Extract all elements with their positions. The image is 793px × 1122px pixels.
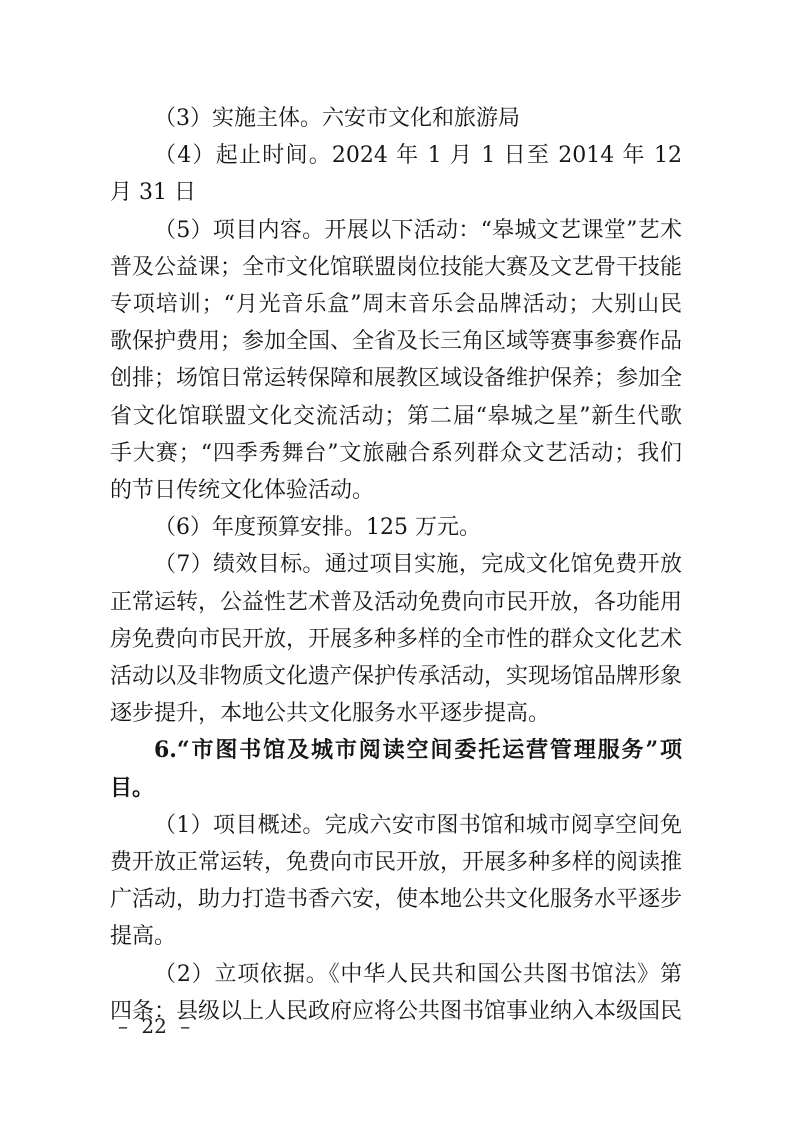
paragraph-item-5-project-content: （5）项目内容。开展以下活动：“皋城文艺课堂”艺术普及公益课；全市文化馆联盟岗位… (110, 212, 682, 510)
paragraph-item-1-project-overview: （1）项目概述。完成六安市图书馆和城市阅享空间免费开放正常运转，免费向市民开放，… (110, 807, 682, 956)
paragraph-item-2-legal-basis: （2）立项依据。《中华人民共和国公共图书馆法》第四条：县级以上人民政府应将公共图… (110, 956, 682, 1030)
document-page: （3）实施主体。六安市文化和旅游局 （4）起止时间。2024 年 1 月 1 日… (0, 0, 793, 1122)
section-heading-project-6: 6.“市图书馆及城市阅读空间委托运营管理服务”项目。 (110, 732, 682, 806)
document-body: （3）实施主体。六安市文化和旅游局 （4）起止时间。2024 年 1 月 1 日… (110, 100, 682, 1030)
paragraph-item-4-time-span: （4）起止时间。2024 年 1 月 1 日至 2014 年 12 月 31 日 (110, 137, 682, 211)
page-number: – 22 – (118, 1012, 190, 1040)
paragraph-item-3-implementing-body: （3）实施主体。六安市文化和旅游局 (110, 100, 682, 137)
paragraph-item-7-performance-goal: （7）绩效目标。通过项目实施，完成文化馆免费开放正常运转，公益性艺术普及活动免费… (110, 546, 682, 732)
paragraph-item-6-annual-budget: （6）年度预算安排。125 万元。 (110, 509, 682, 546)
